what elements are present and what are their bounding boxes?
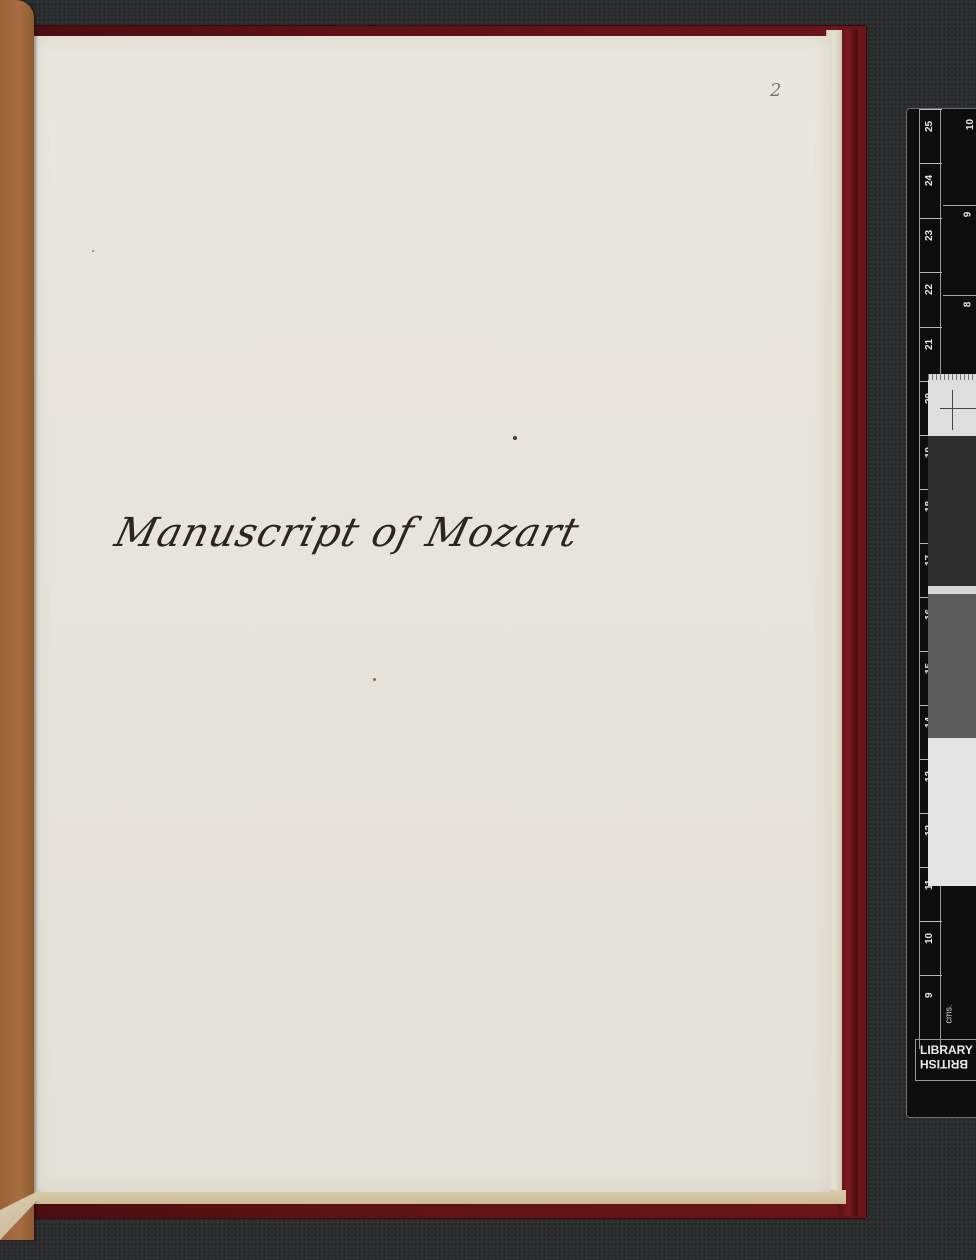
crosshair-icon — [952, 390, 953, 430]
crosshair-icon — [940, 408, 976, 409]
label-british: BRITISH — [920, 1057, 968, 1070]
cm-tick: 9 — [920, 975, 942, 976]
target-white-patch — [928, 374, 976, 436]
target-black-patch — [928, 436, 976, 586]
ink-speck — [513, 436, 517, 440]
inch-label: 8 — [962, 302, 973, 308]
cm-tick: 10 — [920, 921, 942, 922]
handwritten-inscription: Manuscript of Mozart — [110, 510, 584, 556]
cm-tick: 21 — [920, 327, 942, 328]
endpaper — [0, 0, 34, 1240]
color-target — [928, 374, 976, 886]
target-separator — [928, 586, 976, 594]
foxing-spot — [373, 678, 376, 681]
inch-line — [943, 295, 976, 296]
inch-label: 10 — [965, 119, 976, 130]
manuscript-page — [34, 36, 830, 1192]
british-library-label: LIBRARY BRITISH — [915, 1039, 976, 1081]
target-grey-patch — [928, 594, 976, 738]
cm-tick: 23 — [920, 218, 942, 219]
ink-speck — [92, 250, 94, 252]
cm-tick: 24 — [920, 163, 942, 164]
cm-tick: 22 — [920, 272, 942, 273]
unit-label: cms. — [944, 1005, 954, 1024]
folio-number: 2 — [770, 80, 781, 101]
cm-tick: 25 — [920, 109, 942, 110]
page-bottom-edge — [34, 1190, 846, 1204]
inch-line — [943, 205, 976, 206]
label-library: LIBRARY — [920, 1044, 976, 1057]
inch-label: 9 — [962, 212, 973, 218]
target-white-patch-lower — [928, 738, 976, 886]
mm-ticks — [928, 374, 976, 380]
